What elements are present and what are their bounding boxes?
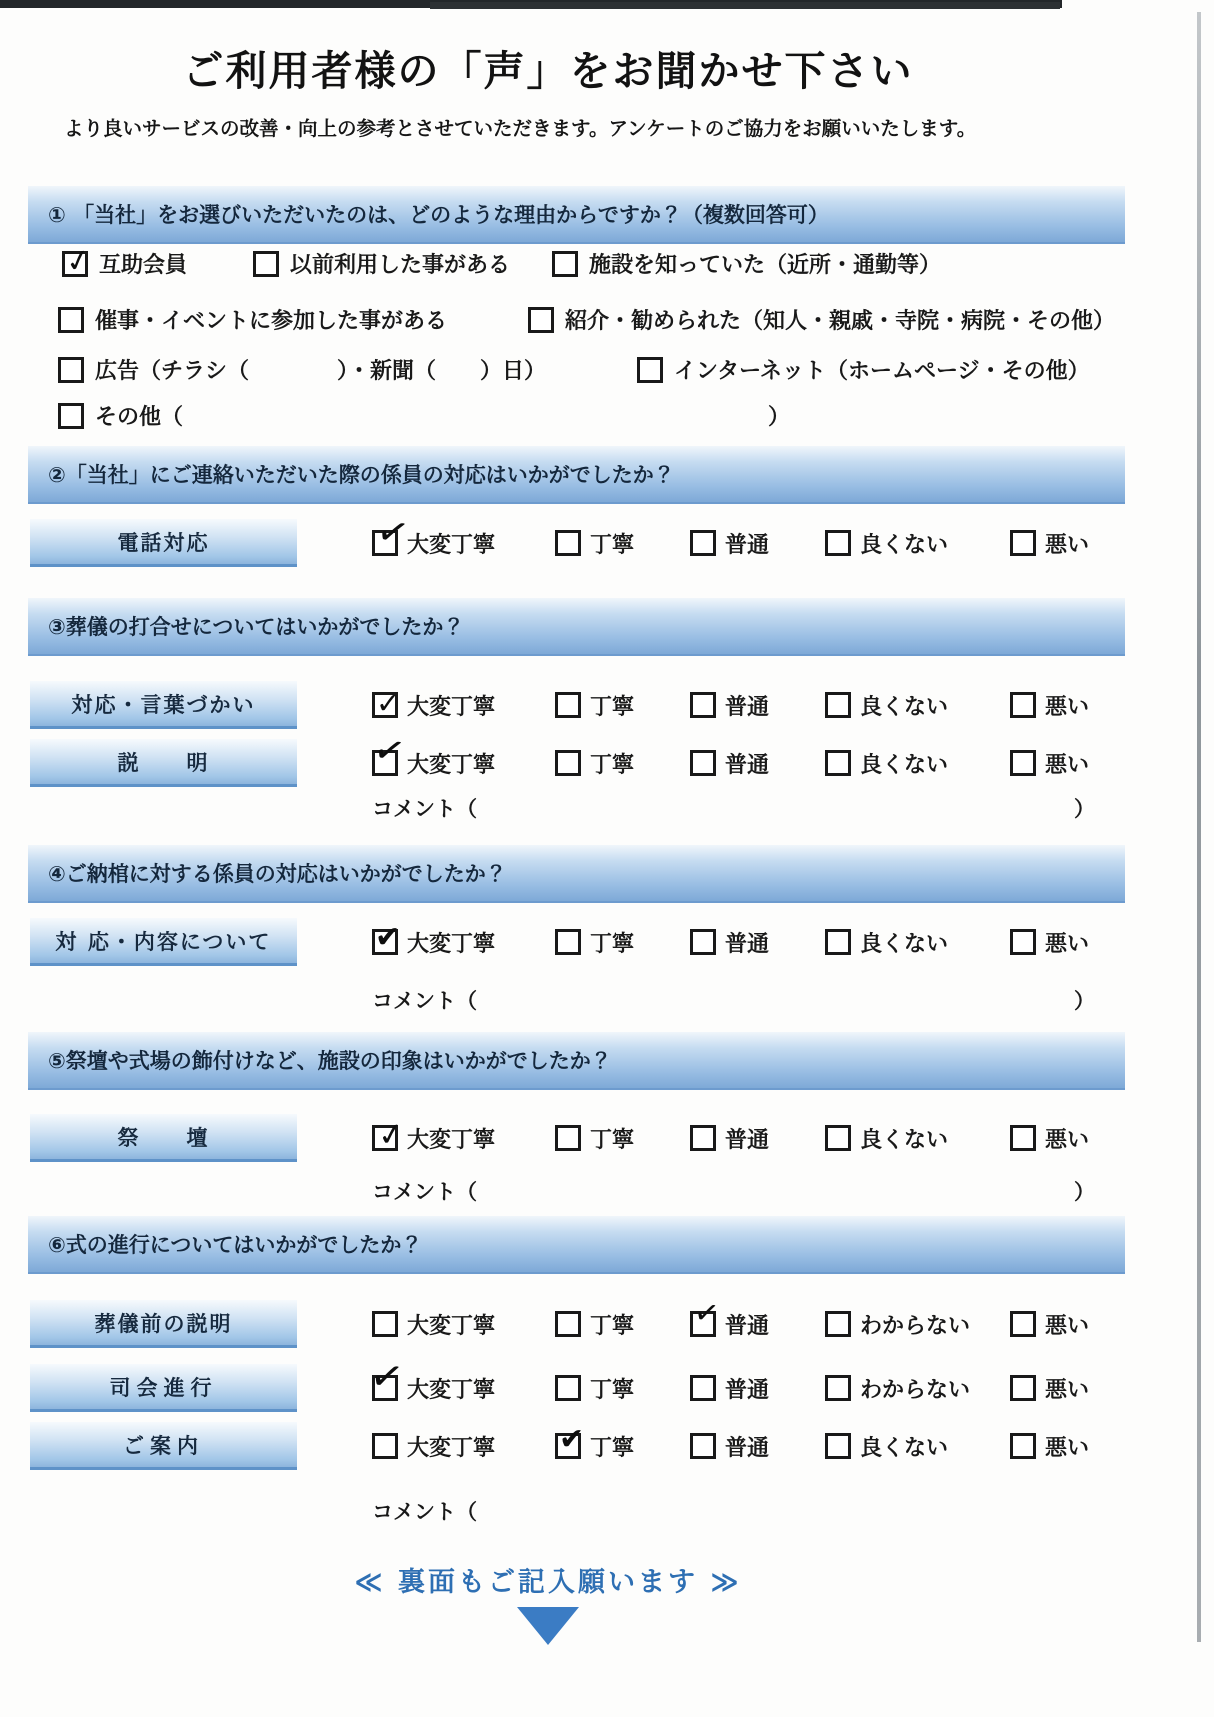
comment-label: コメント（ — [372, 1500, 477, 1524]
q6-header-bar: ⑥式の進行についてはいかがでしたか？ — [28, 1216, 1125, 1274]
checkbox[interactable]: ✓ — [555, 530, 581, 556]
checkbox[interactable]: ✓ — [62, 251, 88, 277]
check-icon: ✓ — [692, 1297, 721, 1330]
option-label: 丁寧 — [590, 927, 634, 958]
rating-option: ✔ 大変丁寧 — [372, 927, 555, 958]
row-label: 説 明 — [30, 739, 297, 787]
q1-option-internet: ✓ インターネット（ホームページ・その他） — [637, 354, 1090, 385]
option-label: 悪い — [1045, 1123, 1089, 1154]
option-label: 丁寧 — [590, 690, 634, 721]
comment-input-area[interactable] — [482, 793, 1062, 821]
option-label: 普通 — [725, 748, 769, 779]
q5-row-altar: 祭 壇 ✓ 大変丁寧 ✓ 丁寧 ✓ 普通 ✓ 良くない ✓ 悪い — [0, 1114, 1214, 1162]
comment-label: コメント（ — [372, 989, 477, 1013]
option-label: 丁寧 — [590, 748, 634, 779]
comment-input-area[interactable] — [482, 1496, 1062, 1524]
rating-option: ✓ 丁寧 — [555, 748, 690, 779]
rating-option: ✓ 悪い — [1010, 1123, 1089, 1154]
option-label: 良くない — [860, 1431, 948, 1462]
q1-option-used-before: ✓ 以前利用した事がある — [253, 248, 510, 279]
rating-option: ✓ 良くない — [825, 748, 1010, 779]
option-label: わからない — [860, 1373, 970, 1404]
checkbox[interactable]: ✓ — [825, 1125, 851, 1151]
q1-header-bar: ① 「当社」をお選びいただいたのは、どのような理由からですか？（複数回答可） — [28, 186, 1125, 244]
q2-header-bar: ②「当社」にご連絡いただいた際の係員の対応はいかがでしたか？ — [28, 446, 1125, 504]
q4-header-bar: ④ご納棺に対する係員の対応はいかがでしたか？ — [28, 845, 1125, 903]
option-label: 互助会員 — [99, 248, 187, 279]
option-label: 大変丁寧 — [407, 1309, 495, 1340]
checkbox[interactable]: ✓ — [690, 1125, 716, 1151]
survey-page: ご利用者様の「声」をお聞かせ下さい より良いサービスの改善・向上の参考とさせてい… — [0, 0, 1214, 1717]
page-subtitle: より良いサービスの改善・向上の参考とさせていただきます。アンケートのご協力をお願… — [64, 113, 976, 141]
q5-header-bar: ⑤祭壇や式場の飾付けなど、施設の印象はいかがでしたか？ — [28, 1032, 1125, 1090]
option-label: 施設を知っていた（近所・通勤等） — [589, 248, 941, 279]
check-icon: ✓ — [376, 689, 400, 718]
option-label: 悪い — [1045, 690, 1089, 721]
comment-close-paren: ） — [1074, 1176, 1095, 1206]
rating-option: ✓ 大変丁寧 — [372, 1431, 555, 1462]
option-label: 普通 — [725, 690, 769, 721]
checkbox[interactable]: ✓ — [372, 750, 398, 776]
option-label: 大変丁寧 — [407, 528, 495, 559]
check-icon: ✓ — [376, 1118, 406, 1152]
checkbox[interactable]: ✓ — [555, 692, 581, 718]
checkbox[interactable]: ✓ — [552, 251, 578, 277]
checkbox[interactable]: ✓ — [372, 1375, 398, 1401]
rating-option: ✓ 悪い — [1010, 690, 1089, 721]
rating-option: ✓ わからない — [825, 1309, 1010, 1340]
option-label: 良くない — [860, 1123, 948, 1154]
check-icon: ✓ — [370, 729, 409, 772]
rating-option: ✓ 大変丁寧 — [372, 1373, 555, 1404]
comment-label: コメント（ — [372, 797, 477, 821]
q3-header-bar: ③葬儀の打合せについてはいかがでしたか？ — [28, 598, 1125, 656]
q1-option-attended-event: ✓ 催事・イベントに参加した事がある — [58, 304, 447, 335]
q2-row-phone-response: 電話対応 ✓ 大変丁寧 ✓ 丁寧 ✓ 普通 ✓ 良くない ✓ 悪い — [0, 519, 1214, 567]
rating-option: ✓ 悪い — [1010, 1373, 1089, 1404]
rating-option: ✓ 良くない — [825, 528, 1010, 559]
checkbox[interactable]: ✓ — [58, 357, 84, 383]
rating-option: ✓ 悪い — [1010, 927, 1089, 958]
option-label: 普通 — [725, 1123, 769, 1154]
checkbox[interactable]: ✓ — [58, 307, 84, 333]
checkbox[interactable]: ✓ — [825, 929, 851, 955]
option-label: 広告（チラシ（ ）・新聞（ ）日） — [95, 354, 546, 385]
check-icon: ✔ — [375, 923, 400, 953]
option-label: 大変丁寧 — [407, 1431, 495, 1462]
q1-other-close-paren: ） — [768, 400, 790, 431]
rating-option: ✓ 大変丁寧 — [372, 748, 555, 779]
rating-option: ✓ 丁寧 — [555, 1373, 690, 1404]
rating-option: ✓ 普通 — [690, 1373, 825, 1404]
checkbox[interactable]: ✓ — [1010, 1311, 1036, 1337]
comment-close-paren: ） — [1074, 985, 1095, 1015]
rating-option: ✓ 悪い — [1010, 528, 1089, 559]
checkbox[interactable]: ✓ — [690, 750, 716, 776]
checkbox[interactable]: ✓ — [690, 1375, 716, 1401]
option-label: 大変丁寧 — [407, 748, 495, 779]
option-label: その他（ — [95, 400, 183, 431]
page-title: ご利用者様の「声」をお聞かせ下さい — [0, 38, 1096, 97]
checkbox[interactable]: ✓ — [372, 1433, 398, 1459]
rating-option: ✓ 大変丁寧 — [372, 528, 555, 559]
checkbox[interactable]: ✓ — [555, 1125, 581, 1151]
rating-option: ✓ 普通 — [690, 748, 825, 779]
q1-option-other: ✓ その他（ — [58, 400, 183, 431]
rating-option: ✓ 大変丁寧 — [372, 690, 555, 721]
checkbox[interactable]: ✓ — [690, 1433, 716, 1459]
row-label: ご案内 — [30, 1422, 297, 1470]
rating-option: ✓ わからない — [825, 1373, 1010, 1404]
checkbox[interactable]: ✓ — [372, 1125, 398, 1151]
checkbox[interactable]: ✓ — [58, 403, 84, 429]
checkbox[interactable]: ✔ — [372, 929, 398, 955]
checkbox[interactable]: ✓ — [1010, 1125, 1036, 1151]
option-label: 良くない — [860, 528, 948, 559]
comment-input-area[interactable] — [482, 1176, 1062, 1204]
checkbox[interactable]: ✓ — [1010, 929, 1036, 955]
q1-option-knew-facility: ✓ 施設を知っていた（近所・通勤等） — [552, 248, 941, 279]
checkbox[interactable]: ✓ — [825, 750, 851, 776]
rating-option: ✓ 良くない — [825, 1431, 1010, 1462]
q1-option-advertisement: ✓ 広告（チラシ（ ）・新聞（ ）日） — [58, 354, 546, 385]
checkbox[interactable]: ✓ — [372, 1311, 398, 1337]
checkbox[interactable]: ✓ — [637, 357, 663, 383]
rating-option: ✔ 丁寧 — [555, 1431, 690, 1462]
option-label: 大変丁寧 — [407, 1373, 495, 1404]
comment-close-paren: ） — [1074, 793, 1095, 823]
q4-row-response-content: 対 応・内容について ✔ 大変丁寧 ✓ 丁寧 ✓ 普通 ✓ 良くない ✓ 悪い — [0, 918, 1214, 966]
checkbox[interactable]: ✓ — [690, 692, 716, 718]
option-label: 催事・イベントに参加した事がある — [95, 304, 447, 335]
option-label: 良くない — [860, 927, 948, 958]
q3-row-explanation: 説 明 ✓ 大変丁寧 ✓ 丁寧 ✓ 普通 ✓ 良くない ✓ 悪い — [0, 739, 1214, 787]
option-label: インターネット（ホームページ・その他） — [674, 354, 1090, 385]
option-label: 大変丁寧 — [407, 690, 495, 721]
option-label: 丁寧 — [590, 1123, 634, 1154]
rating-option: ✓ 大変丁寧 — [372, 1123, 555, 1154]
rating-option: ✓ 悪い — [1010, 1431, 1089, 1462]
q1-option-mutual-aid-member: ✓ 互助会員 — [62, 248, 187, 279]
rating-option: ✓ 普通 — [690, 1309, 825, 1340]
option-label: 大変丁寧 — [407, 1123, 495, 1154]
rating-option: ✓ 良くない — [825, 927, 1010, 958]
checkbox[interactable]: ✓ — [555, 1375, 581, 1401]
option-label: 普通 — [725, 1431, 769, 1462]
row-label: 祭 壇 — [30, 1114, 297, 1162]
comment-label: コメント（ — [372, 1180, 477, 1204]
scan-artifact-top-2 — [430, 2, 1060, 9]
rating-option: ✓ 普通 — [690, 1431, 825, 1462]
checkbox[interactable]: ✓ — [555, 750, 581, 776]
checkbox[interactable]: ✓ — [1010, 1375, 1036, 1401]
checkbox[interactable]: ✓ — [690, 929, 716, 955]
comment-input-area[interactable] — [482, 985, 1062, 1013]
option-label: 丁寧 — [590, 528, 634, 559]
rating-option: ✓ 丁寧 — [555, 528, 690, 559]
option-label: 悪い — [1045, 528, 1089, 559]
option-label: 普通 — [725, 1373, 769, 1404]
rating-option: ✓ 普通 — [690, 927, 825, 958]
checkbox[interactable]: ✓ — [1010, 750, 1036, 776]
q3-comment-line: コメント（ ） — [372, 793, 1092, 823]
option-label: 丁寧 — [590, 1309, 634, 1340]
flip-page-note: ≪ 裏面もご記入願います ≫ — [0, 1560, 1096, 1599]
checkbox[interactable]: ✔ — [555, 1433, 581, 1459]
row-label: 司会進行 — [30, 1364, 297, 1412]
checkbox[interactable]: ✓ — [253, 251, 279, 277]
checkbox[interactable]: ✓ — [825, 1433, 851, 1459]
checkbox[interactable]: ✓ — [1010, 692, 1036, 718]
q6-row-mc-progress: 司会進行 ✓ 大変丁寧 ✓ 丁寧 ✓ 普通 ✓ わからない ✓ 悪い — [0, 1364, 1214, 1412]
rating-option: ✓ 普通 — [690, 1123, 825, 1154]
checkbox[interactable]: ✓ — [825, 1311, 851, 1337]
checkbox[interactable]: ✓ — [372, 530, 398, 556]
option-label: 普通 — [725, 927, 769, 958]
q6-comment-line: コメント（ — [372, 1496, 1092, 1526]
q6-row-guidance: ご案内 ✓ 大変丁寧 ✔ 丁寧 ✓ 普通 ✓ 良くない ✓ 悪い — [0, 1422, 1214, 1470]
q4-comment-line: コメント（ ） — [372, 985, 1092, 1015]
rating-option: ✓ 悪い — [1010, 1309, 1089, 1340]
option-label: 悪い — [1045, 927, 1089, 958]
row-label: 電話対応 — [30, 519, 297, 567]
option-label: 悪い — [1045, 748, 1089, 779]
q1-option-referred: ✓ 紹介・勧められた（知人・親戚・寺院・病院・その他） — [528, 304, 1115, 335]
option-label: 丁寧 — [590, 1373, 634, 1404]
row-label: 対 応・内容について — [30, 918, 297, 966]
checkbox[interactable]: ✓ — [555, 929, 581, 955]
option-label: 普通 — [725, 528, 769, 559]
rating-option: ✓ 普通 — [690, 690, 825, 721]
rating-option: ✓ 丁寧 — [555, 927, 690, 958]
q3-row-manner-wording: 対応・言葉づかい ✓ 大変丁寧 ✓ 丁寧 ✓ 普通 ✓ 良くない ✓ 悪い — [0, 681, 1214, 729]
rating-option: ✓ 大変丁寧 — [372, 1309, 555, 1340]
option-label: 悪い — [1045, 1431, 1089, 1462]
option-label: 良くない — [860, 690, 948, 721]
checkbox[interactable]: ✓ — [372, 692, 398, 718]
check-icon: ✓ — [367, 1354, 407, 1399]
rating-option: ✓ 普通 — [690, 528, 825, 559]
checkbox[interactable]: ✓ — [690, 1311, 716, 1337]
q6-row-pre-funeral-explanation: 葬儀前の説明 ✓ 大変丁寧 ✓ 丁寧 ✓ 普通 ✓ わからない ✓ 悪い — [0, 1300, 1214, 1348]
option-label: 悪い — [1045, 1373, 1089, 1404]
rating-option: ✓ 丁寧 — [555, 1123, 690, 1154]
checkbox[interactable]: ✓ — [555, 1311, 581, 1337]
option-label: 悪い — [1045, 1309, 1089, 1340]
checkbox[interactable]: ✓ — [1010, 1433, 1036, 1459]
check-icon: ✔ — [559, 1425, 584, 1455]
down-arrow-icon — [517, 1607, 579, 1645]
check-icon: ✓ — [63, 244, 94, 279]
checkbox[interactable]: ✓ — [1010, 530, 1036, 556]
rating-option: ✓ 良くない — [825, 1123, 1010, 1154]
row-label: 対応・言葉づかい — [30, 681, 297, 729]
option-label: 丁寧 — [590, 1431, 634, 1462]
rating-option: ✓ 良くない — [825, 690, 1010, 721]
checkbox[interactable]: ✓ — [690, 530, 716, 556]
row-label: 葬儀前の説明 — [30, 1300, 297, 1348]
rating-option: ✓ 悪い — [1010, 748, 1089, 779]
option-label: 普通 — [725, 1309, 769, 1340]
checkbox[interactable]: ✓ — [825, 1375, 851, 1401]
option-label: 紹介・勧められた（知人・親戚・寺院・病院・その他） — [565, 304, 1115, 335]
rating-option: ✓ 丁寧 — [555, 1309, 690, 1340]
rating-option: ✓ 丁寧 — [555, 690, 690, 721]
q5-comment-line: コメント（ ） — [372, 1176, 1092, 1206]
checkbox[interactable]: ✓ — [528, 307, 554, 333]
checkbox[interactable]: ✓ — [825, 530, 851, 556]
option-label: わからない — [860, 1309, 970, 1340]
option-label: 大変丁寧 — [407, 927, 495, 958]
option-label: 良くない — [860, 748, 948, 779]
checkbox[interactable]: ✓ — [825, 692, 851, 718]
option-label: 以前利用した事がある — [290, 248, 510, 279]
